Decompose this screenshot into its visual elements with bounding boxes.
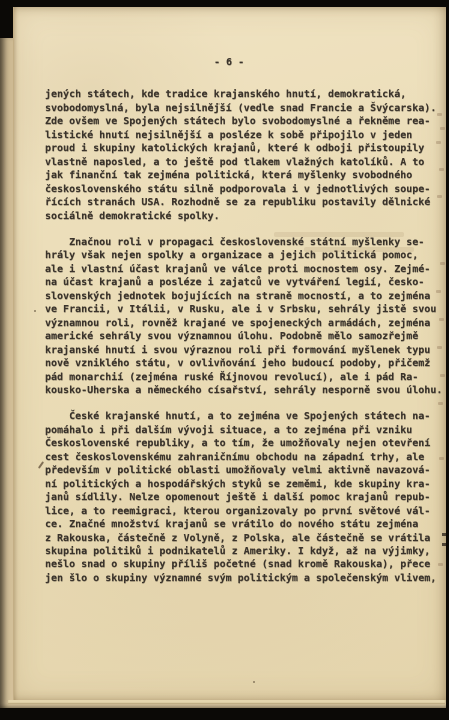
ink-bleed-mark xyxy=(436,290,441,293)
ink-bleed-mark xyxy=(437,346,442,349)
ink-bleed-mark xyxy=(437,113,442,116)
scanned-book-page: - 6 - jených státech, kde tradice krajan… xyxy=(0,0,449,720)
paragraph: České krajanské hnutí, a to zejména ve S… xyxy=(45,410,440,585)
ink-bleed-mark xyxy=(438,563,443,566)
ink-bleed-mark xyxy=(439,457,444,460)
ink-bleed-mark xyxy=(440,127,445,130)
ink-smudge xyxy=(304,247,414,252)
ink-bleed-mark xyxy=(437,195,442,198)
ink-speck xyxy=(218,103,220,105)
ink-bleed-mark xyxy=(440,262,445,265)
ink-speck xyxy=(253,681,255,683)
paragraph: jených státech, kde tradice krajanského … xyxy=(45,88,440,223)
page-number: - 6 - xyxy=(14,7,446,69)
ink-speck xyxy=(34,310,36,312)
ink-bleed-mark xyxy=(439,318,444,321)
ink-bleed-mark xyxy=(442,543,446,546)
document-page: - 6 - jených státech, kde tradice krajan… xyxy=(13,7,446,700)
ink-bleed-mark xyxy=(442,533,446,536)
page-body: jených státech, kde tradice krajanského … xyxy=(14,88,446,585)
ink-bleed-mark xyxy=(440,374,445,377)
ink-smudge xyxy=(274,232,404,237)
ink-bleed-mark xyxy=(438,402,443,405)
page-stack-edge xyxy=(8,700,445,704)
ink-bleed-mark xyxy=(436,141,441,144)
ink-bleed-mark xyxy=(439,168,444,171)
paragraph: Značnou roli v propagaci československé … xyxy=(45,236,440,397)
